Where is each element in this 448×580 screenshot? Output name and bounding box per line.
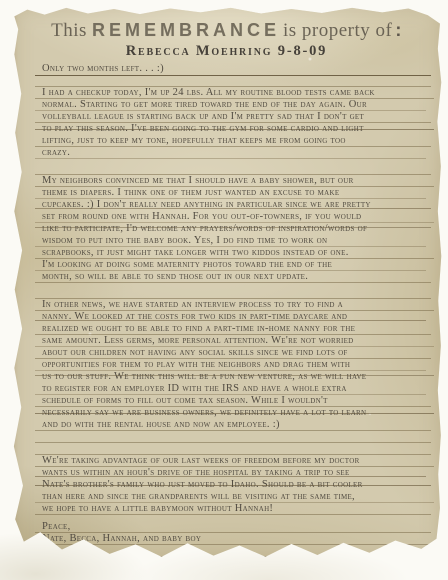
text-line: wisdom to put into the baby book. Yes, I… [42,235,422,247]
opening-line: Only two months left. . . :) [42,63,422,75]
text-line: month, so will be able to send those out… [42,271,422,283]
text-line: My neighbors convinced me that I should … [42,175,422,187]
title-keyword: Remembrance [92,20,280,40]
ruled-blank-line [42,545,422,557]
text-line: and do with the rental house and now an … [42,419,422,431]
owner-name: Rebecca Moehring 9-8-09 [10,43,443,60]
page-header: ThisRemembranceis property of: Rebecca M… [10,19,443,60]
text-line: Nate's brother's family who just moved t… [42,479,422,491]
text-line: We're taking advantage of our last weeks… [42,455,422,467]
text-line: about our children not having any social… [42,347,422,359]
ruled-blank-line [42,283,422,299]
title-colon: : [395,20,402,40]
text-line: crazy. [42,147,422,159]
sign-off: Peace, [42,521,422,533]
paragraph-checkup: I had a checkup today, I'm up 24 lbs. Al… [42,87,422,159]
text-line: than here and since the grandparents wil… [42,491,422,503]
text-line: normal. Starting to get more tired towar… [42,99,422,111]
ruled-blank-line [42,159,422,175]
ruled-blank-line [42,75,422,87]
text-line: to play this season. I've been going to … [42,123,422,135]
journal-paper: ThisRemembranceis property of: Rebecca M… [10,4,443,564]
page-title: ThisRemembranceis property of: [10,19,443,42]
ruled-blank-line [42,443,422,455]
text-line: I had a checkup today, I'm up 24 lbs. Al… [42,87,422,99]
paragraph-nanny: In other news, we have started an interv… [42,299,422,431]
text-line: opportunities for them to play with the … [42,359,422,371]
paragraph-trip: We're taking advantage of our last weeks… [42,455,422,515]
text-line: we hope to have a little babymoon withou… [42,503,422,515]
text-line: theme is diapers. I think one of them ju… [42,187,422,199]
text-line: set from round one with Hannah. For you … [42,211,422,223]
text-line: lifting, just to keep my tone, hopefully… [42,135,422,147]
text-line: I'm looking at doing some maternity phot… [42,259,422,271]
text-line: necessarily say we are business owners, … [42,407,422,419]
title-prefix: This [51,20,87,41]
signature: Nate, Becca, Hannah, and baby boy [42,533,422,545]
journal-entry: Only two months left. . . :) I had a che… [42,63,422,557]
text-line: to register for an employer ID with the … [42,383,422,395]
text-line: schedule of forms to fill out come tax s… [42,395,422,407]
text-line: realized we ought to be able to find a p… [42,323,422,335]
scrapbook-page-background: { "header": { "prefix": "This", "keyword… [0,0,448,580]
title-suffix: is property of [283,20,392,41]
text-line: cupcakes. :) I don't really need anythin… [42,199,422,211]
text-line: volleyball league is starting back up an… [42,111,422,123]
text-line: nanny. We looked at the costs for two ki… [42,311,422,323]
text-line: like to participate, I'd welcome any pra… [42,223,422,235]
text-line: us to our stuff. We think this will be a… [42,371,422,383]
paragraph-baby-shower: My neighbors convinced me that I should … [42,175,422,283]
ruled-blank-line [42,431,422,443]
text-line: In other news, we have started an interv… [42,299,422,311]
text-line: scrapbooks, it just might take longer wi… [42,247,422,259]
text-line: wants us within an hour's drive of the h… [42,467,422,479]
text-line: same amount. Less germs, more personal a… [42,335,422,347]
